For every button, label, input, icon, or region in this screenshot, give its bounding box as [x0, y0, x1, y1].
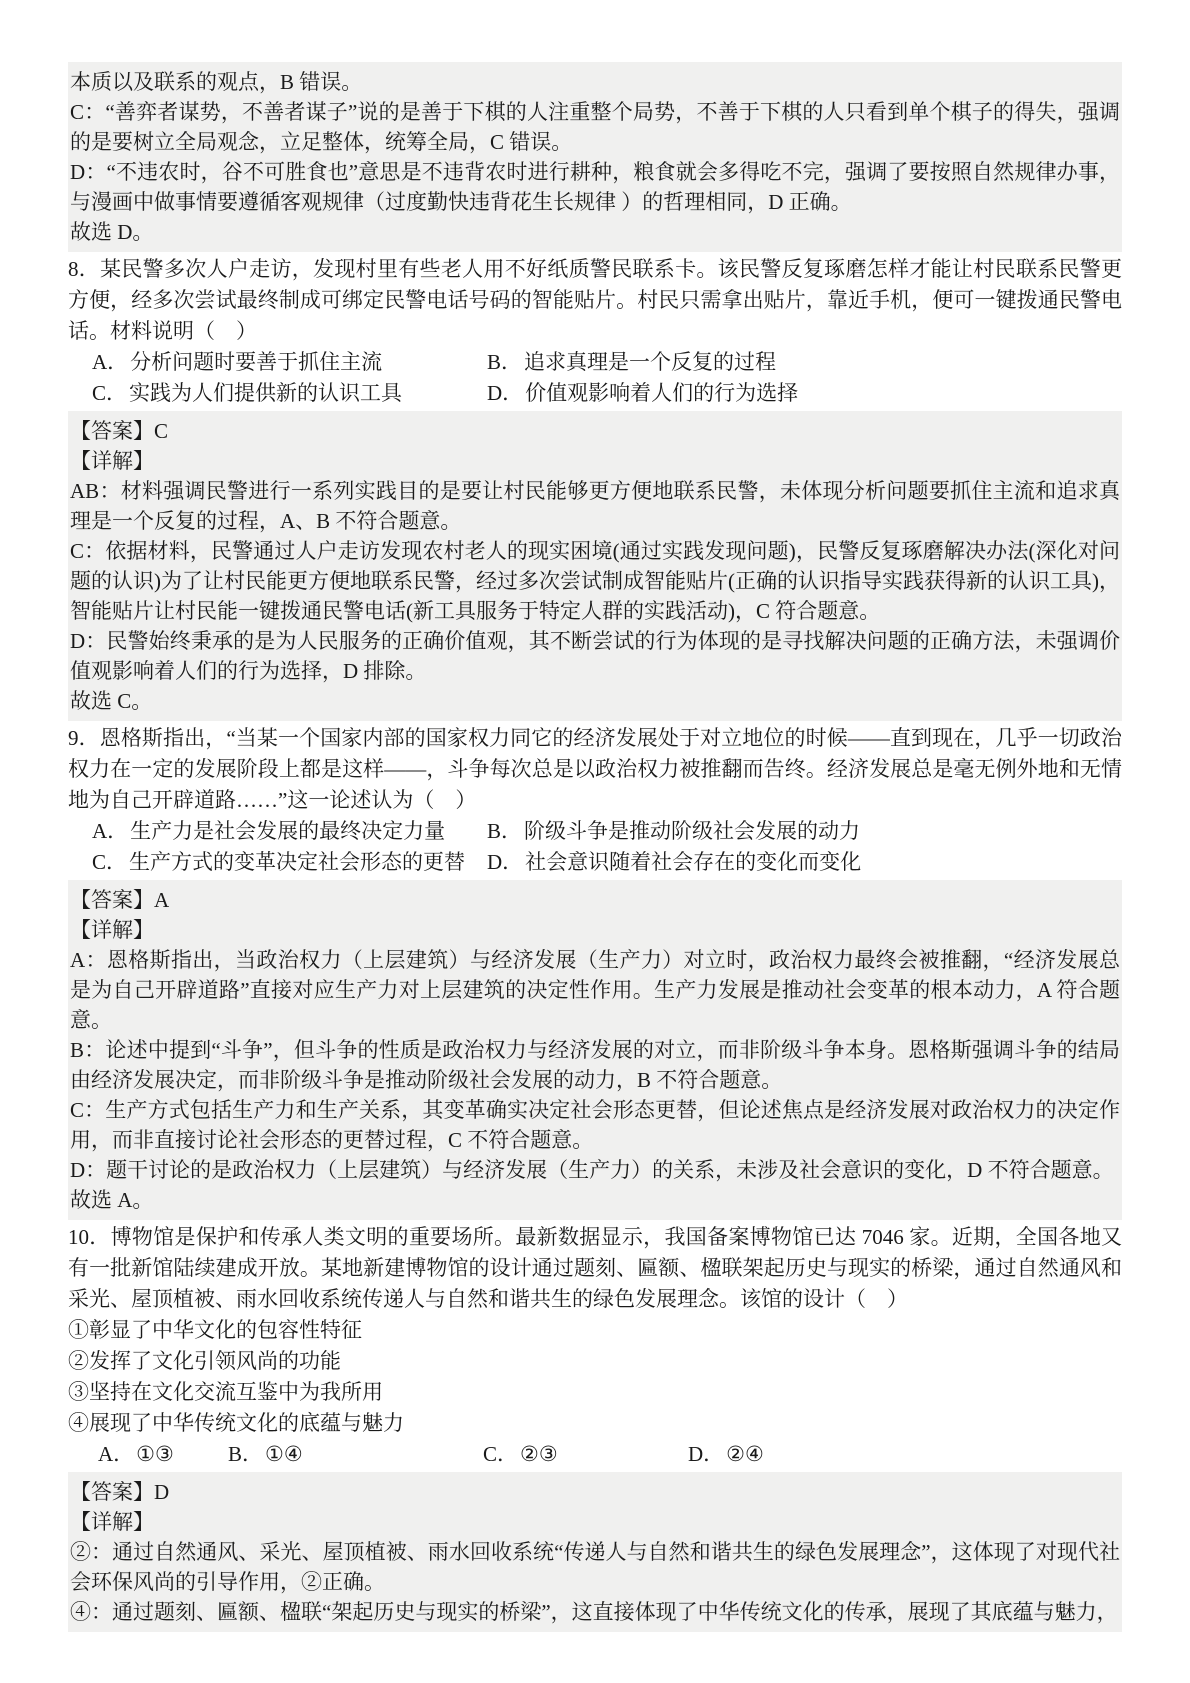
carryover-explanation-block: 本质以及联系的观点，B 错误。 C：“善弈者谋势，不善者谋子”说的是善于下棋的人… [68, 62, 1122, 252]
option-label: A． [92, 350, 128, 374]
option-c: C．生产方式的变革决定社会形态的更替 [92, 847, 487, 878]
explanation-paragraph-ab: AB：材料强调民警进行一系列实践目的是要让村民能够更方便地联系民警，未体现分析问… [70, 476, 1120, 536]
option-text: ②④ [726, 1442, 764, 1466]
option-label: B． [228, 1442, 263, 1466]
question-number: 10． [68, 1225, 111, 1249]
option-label: D． [487, 381, 523, 405]
explanation-paragraph-a: A：恩格斯指出，当政治权力（上层建筑）与经济发展（生产力）对立时，政治权力最终会… [70, 945, 1120, 1035]
option-label: B． [487, 819, 522, 843]
option-text: 实践为人们提供新的认识工具 [129, 381, 402, 405]
answer-value: A [154, 888, 169, 912]
option-a: A．生产力是社会发展的最终决定力量 [92, 816, 487, 847]
option-c: C．实践为人们提供新的认识工具 [92, 378, 487, 409]
question-text: 博物馆是保护和传承人类文明的重要场所。最新数据显示，我国备案博物馆已达 7046… [68, 1225, 1122, 1311]
explanation-paragraph-c: C：“善弈者谋势，不善者谋子”说的是善于下棋的人注重整个局势，不善于下棋的人只看… [70, 97, 1120, 157]
option-text: 社会意识随着社会存在的变化而变化 [525, 850, 861, 874]
conclusion-line: 故选 D。 [70, 217, 1120, 247]
option-d: D．社会意识随着社会存在的变化而变化 [487, 847, 1122, 878]
statement-3: ③坚持在文化交流互鉴中为我所用 [68, 1377, 1122, 1408]
option-text: 价值观影响着人们的行为选择 [525, 381, 798, 405]
answer-label: 【答案】 [70, 888, 154, 912]
option-a: A．①③ [98, 1439, 228, 1470]
option-b: B．①④ [228, 1439, 483, 1470]
question-8-answer-block: 【答案】C 【详解】 AB：材料强调民警进行一系列实践目的是要让村民能够更方便地… [68, 411, 1122, 721]
option-text: 生产力是社会发展的最终决定力量 [130, 819, 445, 843]
explanation-paragraph-d: D：“不违农时，谷不可胜食也”意思是不违背农时进行耕种，粮食就会多得吃不完，强调… [70, 157, 1120, 217]
option-label: C． [92, 381, 127, 405]
explanation-paragraph-4: ④：通过题刻、匾额、楹联“架起历史与现实的桥梁”，这直接体现了中华传统文化的传承… [70, 1597, 1120, 1627]
explanation-paragraph-c: C：生产方式包括生产力和生产关系，其变革确实决定社会形态更替，但论述焦点是经济发… [70, 1095, 1120, 1155]
option-text: 生产方式的变革决定社会形态的更替 [129, 850, 465, 874]
option-b: B．追求真理是一个反复的过程 [487, 347, 1122, 378]
answer-line: 【答案】A [70, 885, 1120, 915]
detail-heading: 【详解】 [70, 915, 1120, 945]
question-number: 9． [68, 726, 100, 750]
question-8-stem: 8．某民警多次人户走访，发现村里有些老人用不好纸质警民联系卡。该民警反复琢磨怎样… [68, 254, 1122, 347]
document-body: 本质以及联系的观点，B 错误。 C：“善弈者谋势，不善者谋子”说的是善于下棋的人… [68, 62, 1122, 1632]
option-label: B． [487, 350, 522, 374]
option-text: ②③ [520, 1442, 558, 1466]
question-10-answer-block: 【答案】D 【详解】 ②：通过自然通风、采光、屋顶植被、雨水回收系统“传递人与自… [68, 1472, 1122, 1632]
question-number: 8． [68, 257, 100, 281]
question-10-block: 10．博物馆是保护和传承人类文明的重要场所。最新数据显示，我国备案博物馆已达 7… [68, 1220, 1122, 1472]
option-c: C．②③ [483, 1439, 688, 1470]
conclusion-line: 故选 A。 [70, 1185, 1120, 1215]
question-9-answer-block: 【答案】A 【详解】 A：恩格斯指出，当政治权力（上层建筑）与经济发展（生产力）… [68, 880, 1122, 1220]
question-text: 恩格斯指出，“当某一个国家内部的国家权力同它的经济发展处于对立地位的时候——直到… [68, 726, 1122, 812]
detail-heading: 【详解】 [70, 1507, 1120, 1537]
answer-value: C [154, 419, 168, 443]
question-9-stem: 9．恩格斯指出，“当某一个国家内部的国家权力同它的经济发展处于对立地位的时候——… [68, 723, 1122, 816]
option-text: ①④ [265, 1442, 303, 1466]
answer-label: 【答案】 [70, 1480, 154, 1504]
question-9-options: A．生产力是社会发展的最终决定力量 B．阶级斗争是推动阶级社会发展的动力 C．生… [68, 816, 1122, 878]
option-label: D． [688, 1442, 724, 1466]
option-label: C． [483, 1442, 518, 1466]
question-9-block: 9．恩格斯指出，“当某一个国家内部的国家权力同它的经济发展处于对立地位的时候——… [68, 721, 1122, 880]
answer-line: 【答案】C [70, 416, 1120, 446]
detail-heading: 【详解】 [70, 446, 1120, 476]
conclusion-line: 故选 C。 [70, 686, 1120, 716]
document-page: { "page": { "background": "#ffffff", "hi… [0, 0, 1190, 1683]
option-b: B．阶级斗争是推动阶级社会发展的动力 [487, 816, 1122, 847]
option-label: A． [98, 1442, 134, 1466]
answer-value: D [154, 1480, 169, 1504]
explanation-paragraph-2: ②：通过自然通风、采光、屋顶植被、雨水回收系统“传递人与自然和谐共生的绿色发展理… [70, 1537, 1120, 1597]
question-8-block: 8．某民警多次人户走访，发现村里有些老人用不好纸质警民联系卡。该民警反复琢磨怎样… [68, 252, 1122, 411]
option-text: ①③ [136, 1442, 174, 1466]
option-text: 追求真理是一个反复的过程 [524, 350, 776, 374]
explanation-paragraph-c: C：依据材料，民警通过人户走访发现农村老人的现实困境(通过实践发现问题)，民警反… [70, 536, 1120, 626]
option-text: 阶级斗争是推动阶级社会发展的动力 [524, 819, 860, 843]
question-10-stem: 10．博物馆是保护和传承人类文明的重要场所。最新数据显示，我国备案博物馆已达 7… [68, 1222, 1122, 1315]
option-text: 分析问题时要善于抓住主流 [130, 350, 382, 374]
question-text: 某民警多次人户走访，发现村里有些老人用不好纸质警民联系卡。该民警反复琢磨怎样才能… [68, 257, 1122, 343]
explanation-paragraph-d: D：民警始终秉承的是为人民服务的正确价值观，其不断尝试的行为体现的是寻找解决问题… [70, 626, 1120, 686]
question-8-options: A．分析问题时要善于抓住主流 B．追求真理是一个反复的过程 C．实践为人们提供新… [68, 347, 1122, 409]
answer-line: 【答案】D [70, 1477, 1120, 1507]
explanation-paragraph-b: B：论述中提到“斗争”，但斗争的性质是政治权力与经济发展的对立，而非阶级斗争本身… [70, 1035, 1120, 1095]
statement-1: ①彰显了中华文化的包容性特征 [68, 1315, 1122, 1346]
statement-2: ②发挥了文化引领风尚的功能 [68, 1346, 1122, 1377]
option-label: C． [92, 850, 127, 874]
option-label: D． [487, 850, 523, 874]
question-10-options: A．①③ B．①④ C．②③ D．②④ [68, 1439, 1122, 1470]
explanation-paragraph-d: D：题干讨论的是政治权力（上层建筑）与经济发展（生产力）的关系，未涉及社会意识的… [70, 1155, 1120, 1185]
option-d: D．价值观影响着人们的行为选择 [487, 378, 1122, 409]
option-label: A． [92, 819, 128, 843]
option-d: D．②④ [688, 1439, 764, 1470]
option-a: A．分析问题时要善于抓住主流 [92, 347, 487, 378]
answer-label: 【答案】 [70, 419, 154, 443]
explanation-paragraph-b: 本质以及联系的观点，B 错误。 [70, 67, 1120, 97]
statement-4: ④展现了中华传统文化的底蕴与魅力 [68, 1408, 1122, 1439]
